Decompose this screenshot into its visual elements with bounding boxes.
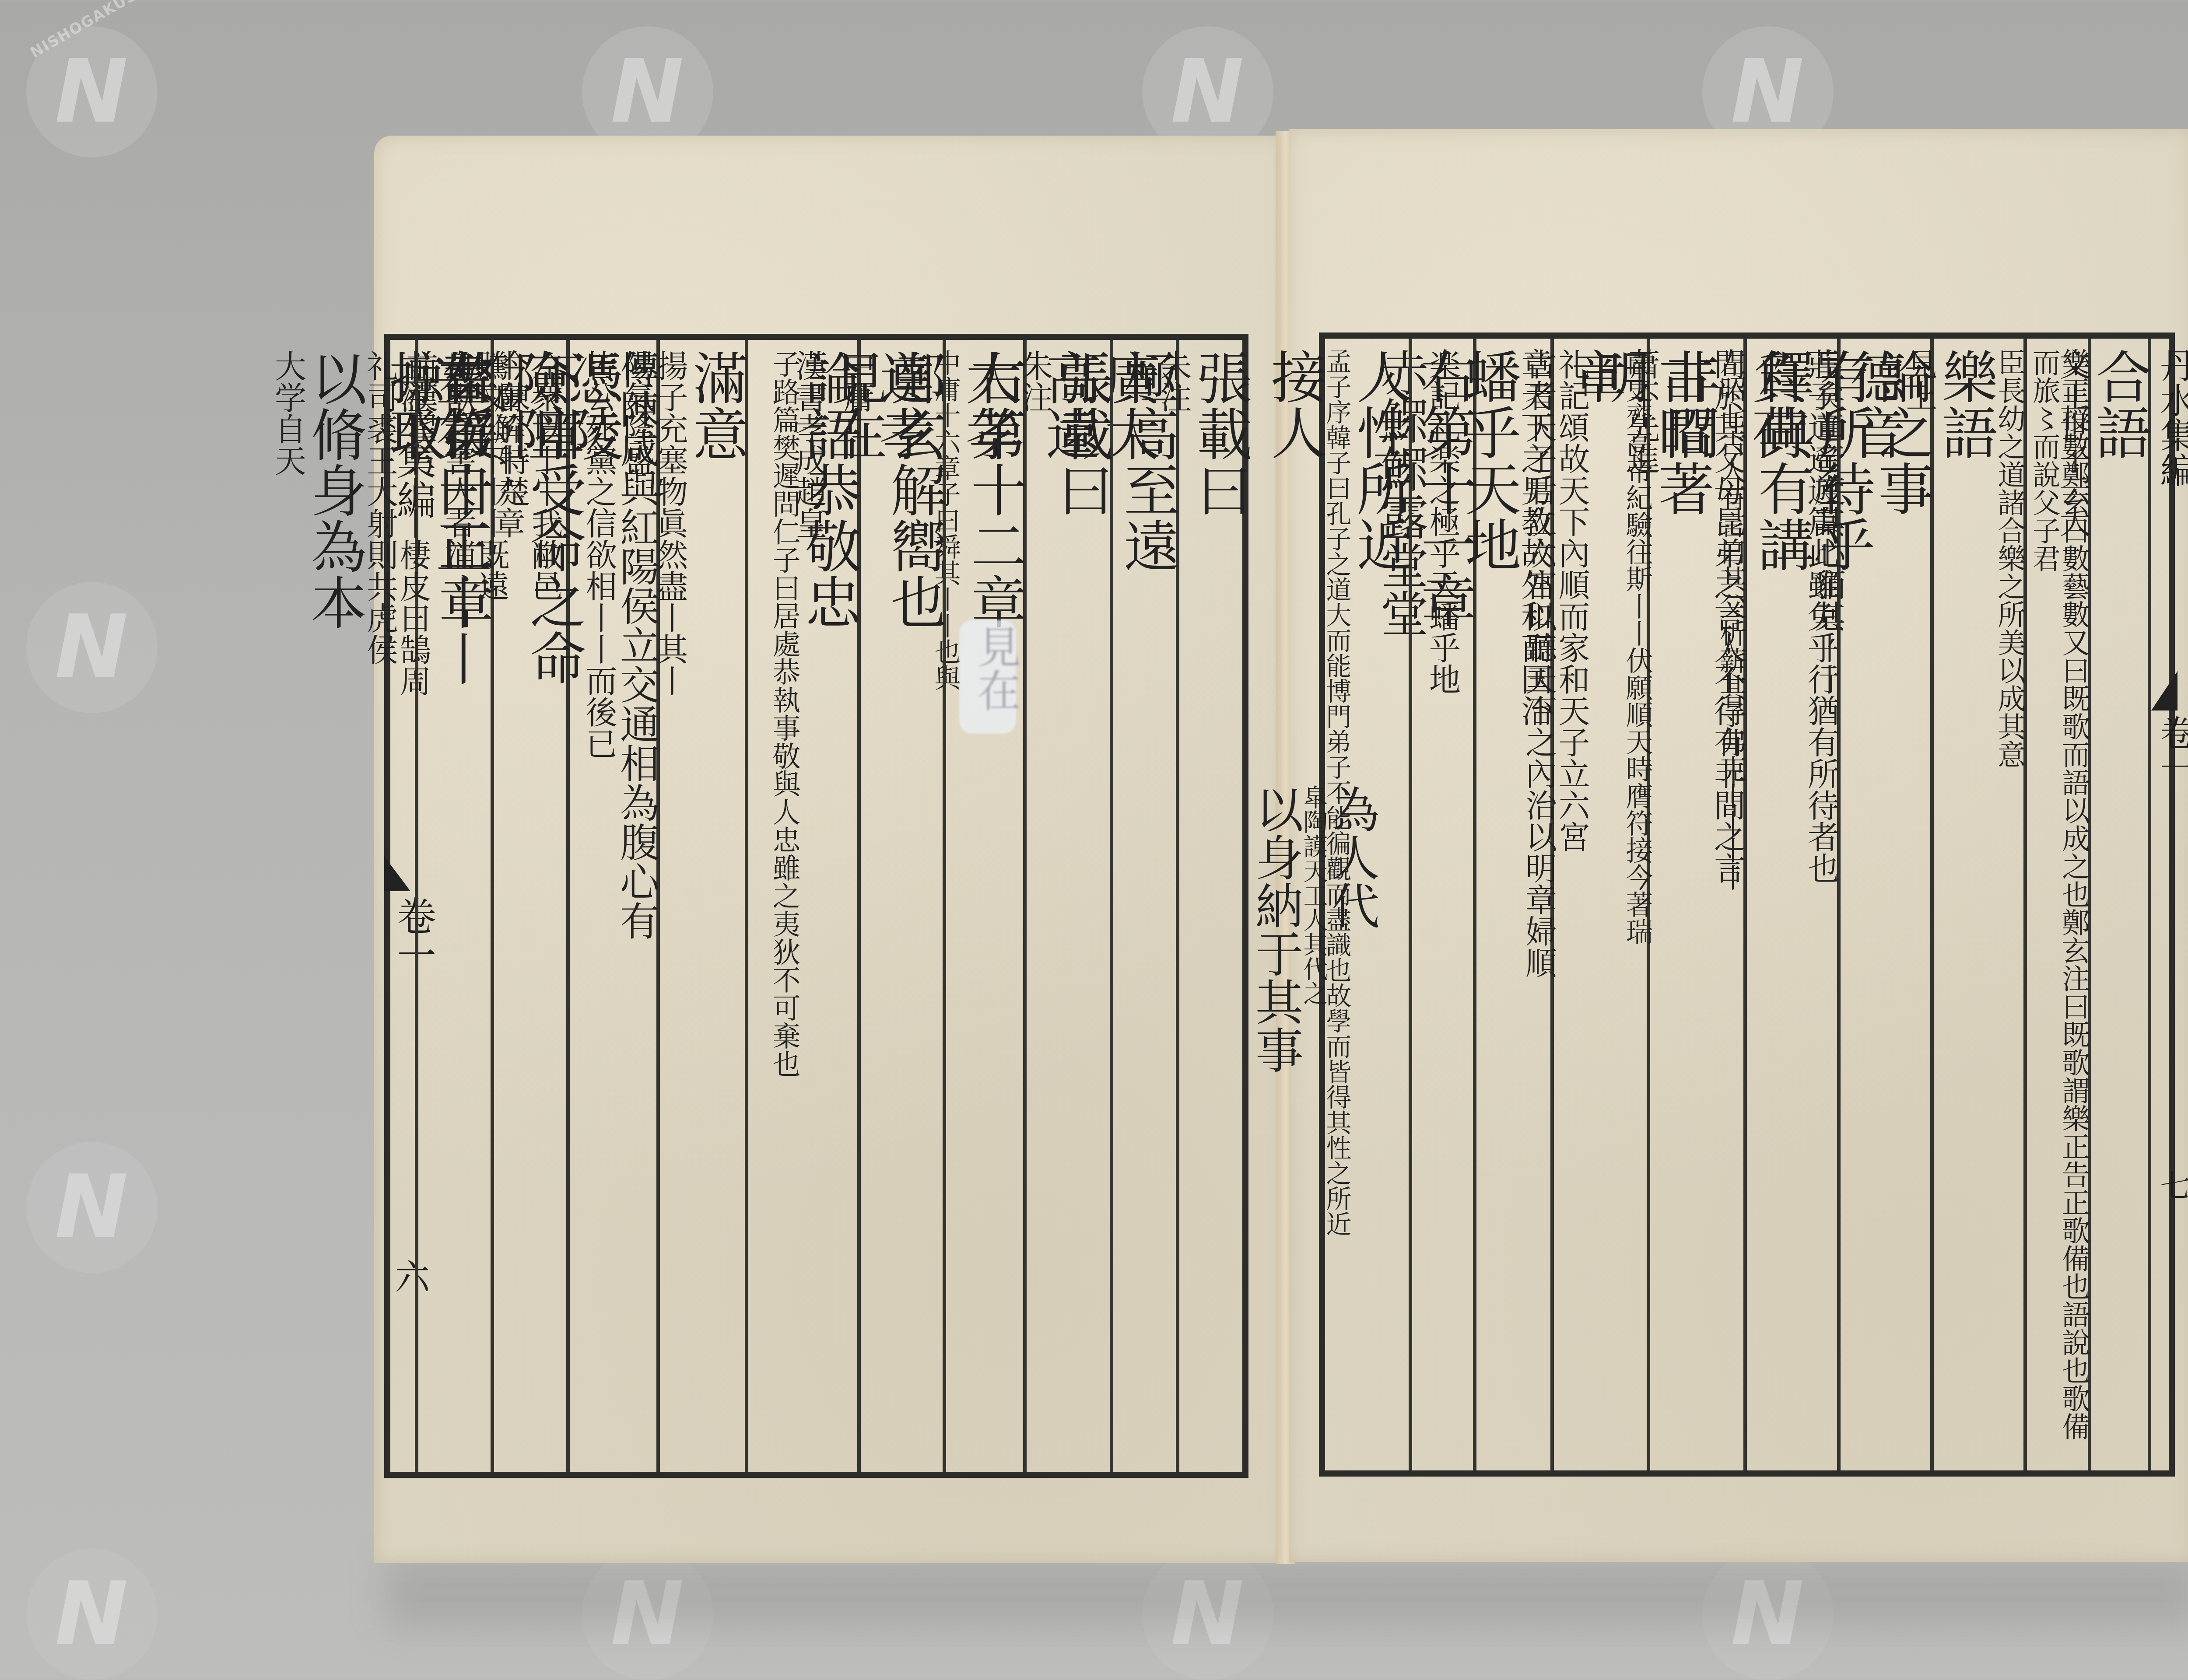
text-column: 晝布曰正丨丨 古注丨丨丨丨棲皮曰鵠周 礼司裘王大射則共虎侯 以脩身為本 大学自天 xyxy=(405,350,488,1470)
headword: 論語恭敬忠 xyxy=(799,350,857,1462)
text-column: 仲虺之誥丨崇丨丨永保天命又說命中明王奉若天道建邦設都樹后王君公承以大夫師長 合語… xyxy=(2088,339,2148,1470)
column-text: 論語恭敬忠 子路篇樊遲問仁子曰居處恭執事敬與人忠雖之夷狄不可棄也 xyxy=(748,350,857,1462)
headword: 古昭著 xyxy=(1652,348,1710,1461)
watermark-logo: NISHOGAKUSHAN xyxy=(26,26,158,157)
column-text: 十七章子曰武王周公其丨丿矣乎 張載曰 朱注 大孝 中庸十六章子曰舜其丨丨也與 達… xyxy=(1027,350,1110,1462)
left-page: 丹水集編 卷一 六 張載曰 朱注 廣大 高遠 極高至遠 十 xyxy=(374,136,1287,1563)
text-column: 論之事 有所待乎 xyxy=(1837,339,1930,1470)
column-text: 滿意 揚子充塞物眞然盡丨其丨 陽氣隆盛 憑陵 左衆以丨丨我敝邑 今陳介特楚 檠援… xyxy=(660,350,745,1462)
headword: 為人代 xyxy=(1326,785,1377,1458)
watermark-logo: N xyxy=(26,582,158,713)
annotation: 樂正授數鄭玄曰數藝數又曰既歌而語以成之也鄭玄注曰既歌謂樂正告正歌備也語說也歌備而… xyxy=(2029,348,2088,1461)
watermark-glyph: N xyxy=(55,1571,129,1658)
annotation: 大学自天 xyxy=(271,350,304,1460)
text-column: 為人代 皐陶謨天工人其代之 以身納于其事 xyxy=(1324,785,1377,1467)
left-page-frame: 丹水集編 卷一 六 張載曰 朱注 廣大 高遠 極高至遠 十 xyxy=(384,334,1248,1478)
text-column: 極高至遠 xyxy=(1110,340,1176,1472)
book-shadow xyxy=(385,1557,2188,1627)
right-page-margin-column: 丹水集編 卷一 七 xyxy=(2148,339,2175,1470)
column-text: 臣長幼之道諸合樂之所美以成其意 樂語 見上 德音 皇矣章帝度其心貊其丨丨 釋典有… xyxy=(1934,348,2023,1461)
column-text: 張載曰 朱注 廣大 高遠 xyxy=(1179,350,1248,1462)
headword: 滿意 xyxy=(686,350,745,1462)
watermark-logo: N xyxy=(26,1142,158,1273)
text-column: 臣長幼之道諸合樂之所美以成其意 樂語 見上 德音 皇矣章帝度其心貊其丨丨 釋典有… xyxy=(1930,339,2023,1470)
headword: 明 xyxy=(1588,348,1647,1461)
right-page-frame: 丹水集編 卷一 七 仲虺之誥丨崇丨丨永保天命又說命中明王奉若天道建邦設都樹后王君… xyxy=(1319,332,2175,1477)
annotation: 章天下之男教故外和而国治 xyxy=(1517,348,1550,1461)
column-text: 莊子道遙遊篇此雖免乎行猶有所待者也 負荷 左昭七古人有言曰其父析薪其子弗克丨丨丨… xyxy=(1747,348,1837,1461)
right-page: 丹水集編 卷一 七 仲虺之誥丨崇丨丨永保天命又說命中明王奉若天道建邦設都樹后王君… xyxy=(1289,129,2188,1562)
column-text: 險阻 騰文公下丨丨既遠 鳥獸之害人者消 掠取 xyxy=(494,350,566,1462)
volume-label: 卷一 xyxy=(2149,715,2188,785)
watermark-glyph: N xyxy=(1171,48,1245,136)
headword: 以身納于其事 xyxy=(1250,785,1301,1458)
column-text: 章天下之男教故外和而国治 蟠乎天地 楽記礼楽之極乎天蟠乎地 赤鰥鰥露堂堂 xyxy=(1476,348,1550,1461)
annotation: 礼司裘王大射則共虎侯 xyxy=(363,350,396,1460)
annotation: 古注丨丨丨丨棲皮曰鵠周 xyxy=(396,350,429,1460)
annotation: 皆公死黨之信欲相丨丨而後已 xyxy=(582,350,615,1462)
headword: 以脩身為本 xyxy=(304,350,363,1460)
headword: 張載曰 xyxy=(1190,350,1248,1462)
fishtail-mark xyxy=(2151,671,2177,710)
headword: 險阻 xyxy=(508,350,566,1462)
text-column: 右第十二章 見在 xyxy=(943,340,1023,1472)
watermark-logo: N xyxy=(26,1549,158,1680)
chapter-heading: 右第十二章 xyxy=(964,350,1023,1462)
column-text: 論之事 有所待乎 xyxy=(1841,348,1930,1461)
text-column: 明 礼記頌故天下內順而家和天子立六宮 古者天子后立六宮以聽天下之內治以明章婦順 xyxy=(1550,339,1647,1470)
watermark-glyph: N xyxy=(55,604,129,691)
running-title: 丹水集編 xyxy=(2149,347,2188,487)
annotation: 皐陶謨天工人其代之 xyxy=(1301,785,1326,1458)
annotation: 間於其父母昆弟之言人不得有非間之言 xyxy=(1710,348,1743,1461)
paper-patch: 見在 xyxy=(959,620,1016,734)
column-text: 右第十二章 xyxy=(946,350,1023,1462)
headword: 晝布曰正丨丨 xyxy=(429,350,488,1460)
text-column: 張載曰 朱注 廣大 高遠 xyxy=(1176,340,1248,1472)
headword: 負荷 xyxy=(1745,348,1804,1461)
headword: 極高至遠 xyxy=(1117,350,1176,1462)
headword: 鄭玄解嚮也 xyxy=(884,350,943,1462)
text-column: 十七章子曰武王周公其丨丿矣乎 張載曰 朱注 大孝 中庸十六章子曰舜其丨丨也與 達… xyxy=(1023,340,1110,1472)
headword: 樂語 xyxy=(1935,348,1994,1461)
text-column: 鄭玄解嚮也 古注儒皆讀為素不顧乎其外謂思不出其位也自得謂所鄉不失其道 見在 漢書… xyxy=(857,340,943,1472)
headword: 合語 xyxy=(2089,348,2148,1461)
column-text: 極高至遠 xyxy=(1113,350,1176,1462)
text-column: 險阻 騰文公下丨丨既遠 鳥獸之害人者消 掠取 xyxy=(491,340,566,1472)
column-text: 右第十一章 xyxy=(1412,348,1473,1461)
patch-text: 見在 xyxy=(959,620,1031,716)
watermark-glyph: N xyxy=(610,48,684,136)
column-text: 樂正授數鄭玄曰數藝數又曰既歌而語以成之也鄭玄注曰既歌謂樂正告正歌備也語說也歌備而… xyxy=(2027,348,2088,1461)
annotation: 子路篇樊遲問仁子曰居處恭執事敬與人忠雖之夷狄不可棄也 xyxy=(769,350,798,1462)
watermark-glyph: N xyxy=(55,1164,129,1251)
annotation: 礼記頌故天下內順而家和天子立六宮 xyxy=(1555,348,1588,1461)
chapter-heading: 右第十一章 xyxy=(1414,348,1473,1461)
text-column: 章天下之男教故外和而国治 蟠乎天地 楽記礼楽之極乎天蟠乎地 赤鰥鰥露堂堂 xyxy=(1473,339,1550,1470)
column-text: 間於其父母昆弟之言人不得有非間之言 古昭著 南史齊高帝紀驗往斯丨丨伏願順天時膺符… xyxy=(1650,348,1743,1461)
text-column: 傳陳咸與紅陽侯立交通相為腹心有 皆公死黨之信欲相丨丨而後已 下章受命之命 中庸解… xyxy=(566,340,656,1472)
text-column: 樂正授數鄭玄曰數藝數又曰既歌而語以成之也鄭玄注曰既歌謂樂正告正歌備也語說也歌備而… xyxy=(2023,339,2088,1470)
headword: 張載曰 xyxy=(1051,350,1110,1462)
annotation: 臣長幼之道諸合樂之所美以成其意 xyxy=(1994,348,2023,1461)
column-text: 鄭玄解嚮也 古注儒皆讀為素不顧乎其外謂思不出其位也自得謂所鄉不失其道 見在 漢書… xyxy=(861,350,943,1462)
column-text: 為人代 皐陶謨天工人其代之 以身納于其事 xyxy=(1324,785,1377,1458)
text-column: 間於其父母昆弟之言人不得有非間之言 古昭著 南史齊高帝紀驗往斯丨丨伏願順天時膺符… xyxy=(1647,339,1743,1470)
text-column: 莊子道遙遊篇此雖免乎行猶有所待者也 負荷 左昭七古人有言曰其父析薪其子弗克丨丨丨… xyxy=(1743,339,1837,1470)
text-column: 右第十一章 xyxy=(1409,339,1473,1470)
annotation: 莊子道遙遊篇此雖免乎行猶有所待者也 xyxy=(1804,348,1837,1461)
headword: 論之事 xyxy=(1872,348,1930,1461)
column-text: 晝布曰正丨丨 古注丨丨丨丨棲皮曰鵠周 礼司裘王大射則共虎侯 以脩身為本 大学自天 xyxy=(405,350,488,1460)
watermark-glyph: N xyxy=(1731,48,1805,136)
column-text: 明 礼記頌故天下內順而家和天子立六宮 古者天子后立六宮以聽天下之內治以明章婦順 xyxy=(1554,348,1647,1461)
column-text: 傳陳咸與紅陽侯立交通相為腹心有 皆公死黨之信欲相丨丨而後已 下章受命之命 中庸解… xyxy=(570,350,656,1462)
watermark-glyph: N xyxy=(55,48,129,136)
annotation: 傳陳咸與紅陽侯立交通相為腹心有 xyxy=(615,350,657,1462)
page-number: 七 xyxy=(2151,1170,2188,1200)
text-column: 滿意 揚子充塞物眞然盡丨其丨 陽氣隆盛 憑陵 左衆以丨丨我敝邑 今陳介特楚 檠援… xyxy=(656,340,745,1472)
column-text: 仲虺之誥丨崇丨丨永保天命又說命中明王奉若天道建邦設都樹后王君公承以大夫師長 合語… xyxy=(2091,348,2148,1461)
text-column: 論語恭敬忠 子路篇樊遲問仁子曰居處恭執事敬與人忠雖之夷狄不可棄也 xyxy=(745,340,857,1472)
